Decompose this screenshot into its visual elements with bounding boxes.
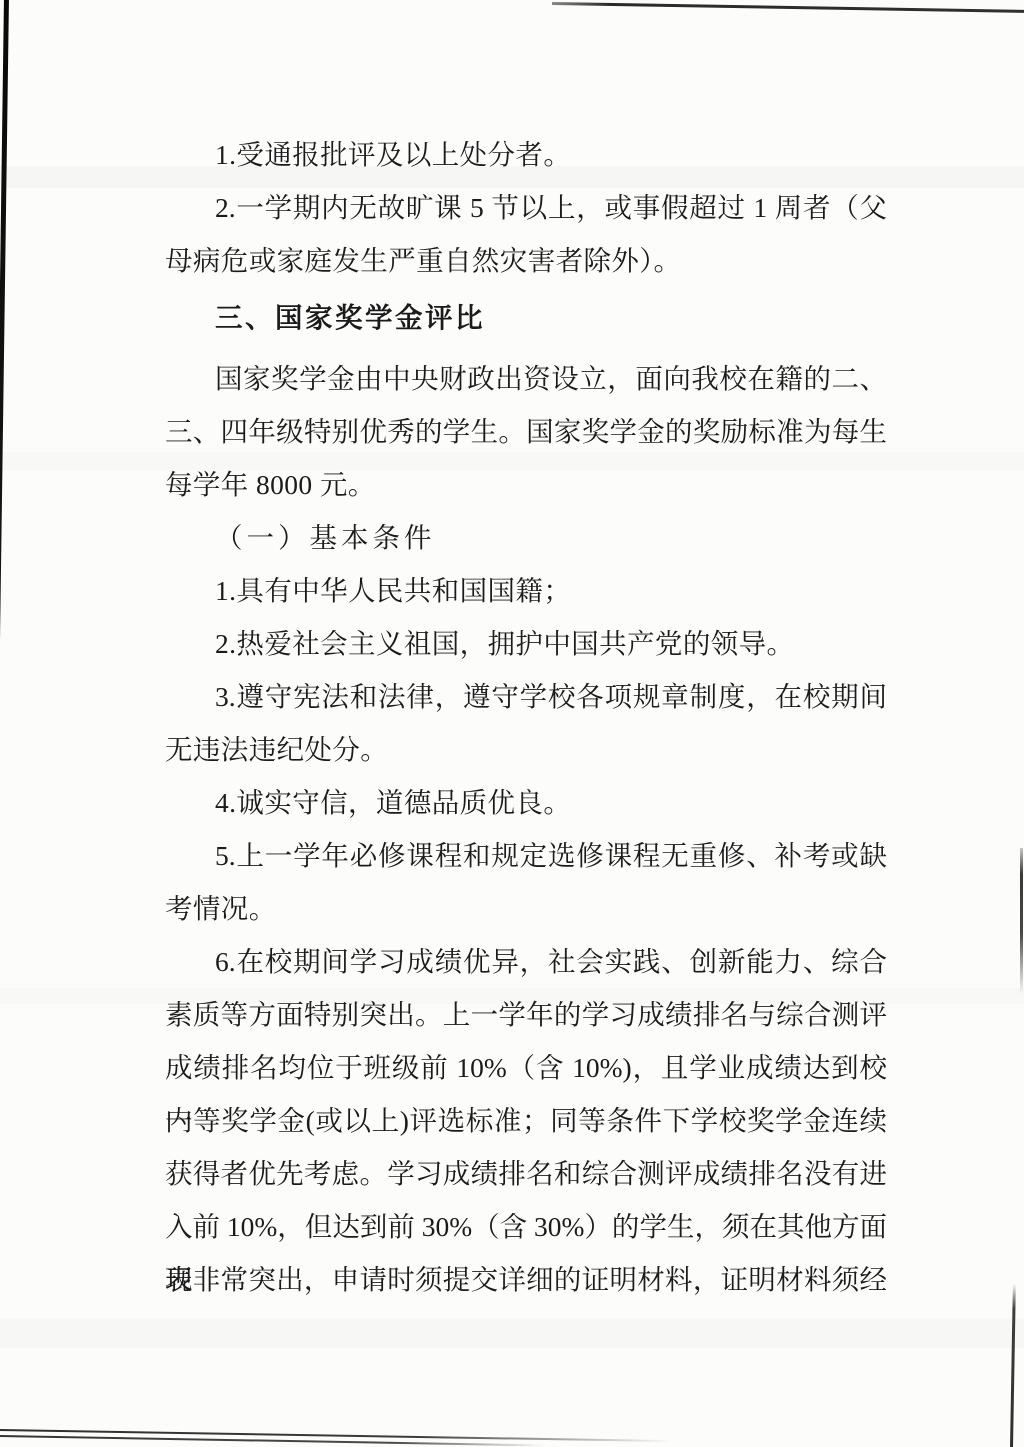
text-line: 无违法违纪处分。 <box>165 723 887 776</box>
text-line: 1.具有中华人民共和国国籍； <box>165 564 887 617</box>
scan-edge-line-top <box>552 2 1024 13</box>
text-line: 现非常突出，申请时须提交详细的证明材料，证明材料须经 <box>165 1253 887 1306</box>
text-line: 入前 10%，但达到前 30%（含 30%）的学生，须在其他方面表 <box>165 1200 887 1253</box>
scan-edge-line-bottom-lower <box>0 1435 545 1447</box>
scan-edge-line-left <box>0 0 9 784</box>
scan-artifact-band <box>0 1318 1024 1348</box>
text-line: 一等奖学金(或以上)评选标准；同等条件下学校奖学金连续 <box>165 1094 887 1147</box>
text-line: （一）基本条件 <box>165 511 887 564</box>
section-heading: 三、国家奖学金评比 <box>165 291 887 344</box>
text-line: 成绩排名均位于班级前 10%（含 10%)，且学业成绩达到校内 <box>165 1041 887 1094</box>
scanned-document-page: 1.受通报批评及以上处分者。2.一学期内无故旷课 5 节以上，或事假超过 1 周… <box>0 0 1024 1447</box>
scan-edge-line-bottom-upper <box>0 1429 672 1442</box>
text-line: 5.上一学年必修课程和规定选修课程无重修、补考或缺 <box>165 829 887 882</box>
text-line: 1.受通报批评及以上处分者。 <box>165 128 887 181</box>
document-body: 1.受通报批评及以上处分者。2.一学期内无故旷课 5 节以上，或事假超过 1 周… <box>165 128 887 1306</box>
text-line: 3.遵守宪法和法律，遵守学校各项规章制度，在校期间 <box>165 670 887 723</box>
text-line: 2.热爱社会主义祖国，拥护中国共产党的领导。 <box>165 617 887 670</box>
scan-edge-line-right-upper <box>1020 848 1023 994</box>
scan-edge-line-right-lower <box>1010 1284 1016 1447</box>
text-line: 4.诚实守信，道德品质优良。 <box>165 776 887 829</box>
text-line: 2.一学期内无故旷课 5 节以上，或事假超过 1 周者（父 <box>165 181 887 234</box>
text-line: 获得者优先考虑。学习成绩排名和综合测评成绩排名没有进 <box>165 1147 887 1200</box>
text-line: 6.在校期间学习成绩优异，社会实践、创新能力、综合 <box>165 935 887 988</box>
text-line: 三、四年级特别优秀的学生。国家奖学金的奖励标准为每生 <box>165 405 887 458</box>
text-line: 母病危或家庭发生严重自然灾害者除外）。 <box>165 234 887 287</box>
text-line: 每学年 8000 元。 <box>165 458 887 511</box>
text-line: 考情况。 <box>165 882 887 935</box>
text-line: 国家奖学金由中央财政出资设立，面向我校在籍的二、 <box>165 352 887 405</box>
text-line: 素质等方面特别突出。上一学年的学习成绩排名与综合测评 <box>165 988 887 1041</box>
